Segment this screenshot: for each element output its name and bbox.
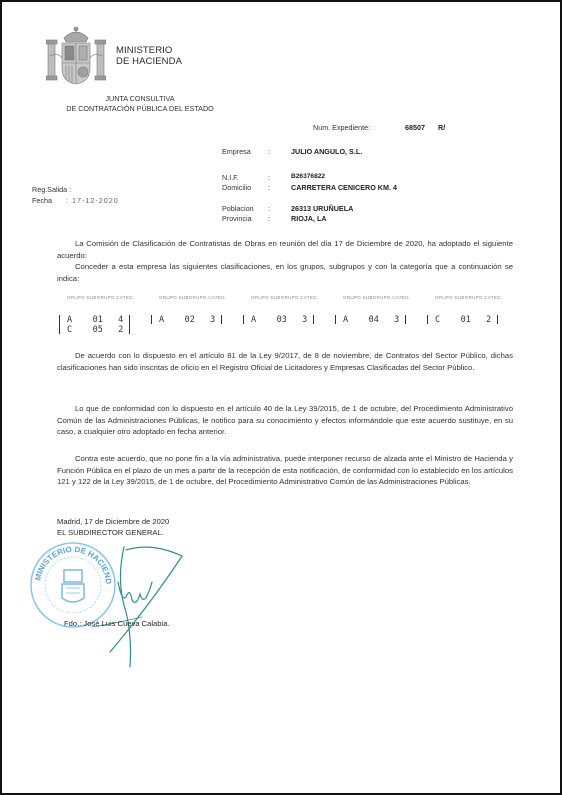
classification-column-header: GRUPO SUBGRUPO CATEG. [251, 295, 318, 300]
classification-column-header: GRUPO SUBGRUPO CATEG. [435, 295, 502, 300]
paragraph-conceder: Conceder a esta empresa las siguientes c… [57, 261, 513, 284]
nif-label: N.I.F. [222, 173, 239, 182]
expediente-suffix: R/ [438, 123, 445, 132]
fecha-value: : 17-12-2020 [66, 196, 119, 205]
paragraph-recurso: Contra este acuerdo, que no pone fin a l… [57, 453, 513, 488]
place-date: Madrid, 17 de Diciembre de 2020 [57, 517, 169, 526]
paragraph-registro: De acuerdo con lo dispuesto en el artícu… [57, 350, 513, 373]
paragraph-acuerdo: La Comisión de Clasificación de Contrati… [57, 238, 513, 261]
column-border [427, 315, 428, 324]
poblacion-label: Poblacion [222, 204, 254, 213]
column-border [313, 315, 314, 324]
classification-entry: A 01 4 [67, 315, 123, 325]
provincia-label: Provincia [222, 214, 252, 223]
separator: : [268, 183, 270, 192]
junta-consultiva-heading: JUNTA CONSULTIVA DE CONTRATACIÓN PÚBLICA… [50, 94, 230, 114]
empresa-value: JULIO ANGULO, S.L. [291, 147, 362, 156]
classification-entry: C 05 2 [67, 325, 123, 335]
column-border [405, 315, 406, 324]
reg-salida-label: Reg.Salida : [32, 185, 71, 194]
classification-column-header: GRUPO SUBGRUPO CATEG. [343, 295, 410, 300]
column-border [129, 315, 130, 334]
domicilio-label: Domicilio [222, 183, 251, 192]
poblacion-value: 26313 URUÑUELA [291, 204, 353, 213]
classification-entry: A 04 3 [343, 315, 399, 325]
expediente-value: 68507 [405, 123, 425, 132]
separator: : [268, 147, 270, 156]
ministry-name: MINISTERIO DE HACIENDA [116, 45, 182, 67]
separator: : [268, 214, 270, 223]
signed-by: Fdo.: José Luis Cueva Calabia. [64, 619, 170, 628]
provincia-value: RIOJA, LA [291, 214, 327, 223]
classification-entry: A 02 3 [159, 315, 215, 325]
signer-title: EL SUBDIRECTOR GENERAL. [57, 528, 164, 537]
separator: : [268, 204, 270, 213]
column-border [497, 315, 498, 324]
column-border [59, 315, 60, 334]
spain-coat-of-arms-icon [46, 26, 106, 88]
document-page: MINISTERIO DE HACIENDA JUNTA CONSULTIVA … [0, 0, 562, 795]
column-border [221, 315, 222, 324]
classification-table: GRUPO SUBGRUPO CATEG.A 01 4C 05 2GRUPO S… [57, 295, 517, 335]
expediente-label: Num. Expediente: [313, 123, 370, 132]
handwritten-signature [82, 542, 192, 672]
domicilio-value: CARRETERA CENICERO KM. 4 [291, 183, 397, 192]
classification-entry: C 01 2 [435, 315, 491, 325]
classification-column-header: GRUPO SUBGRUPO CATEG. [159, 295, 226, 300]
paragraph-notificacion: Lo que de conformidad con lo dispuesto e… [57, 403, 513, 438]
nif-value: B26376822 [291, 173, 325, 180]
column-border [243, 315, 244, 324]
classification-column-header: GRUPO SUBGRUPO CATEG. [67, 295, 134, 300]
classification-entry: A 03 3 [251, 315, 307, 325]
empresa-label: Empresa [222, 147, 251, 156]
separator: : [268, 173, 270, 182]
fecha-label: Fecha [32, 196, 52, 205]
column-border [335, 315, 336, 324]
column-border [151, 315, 152, 324]
